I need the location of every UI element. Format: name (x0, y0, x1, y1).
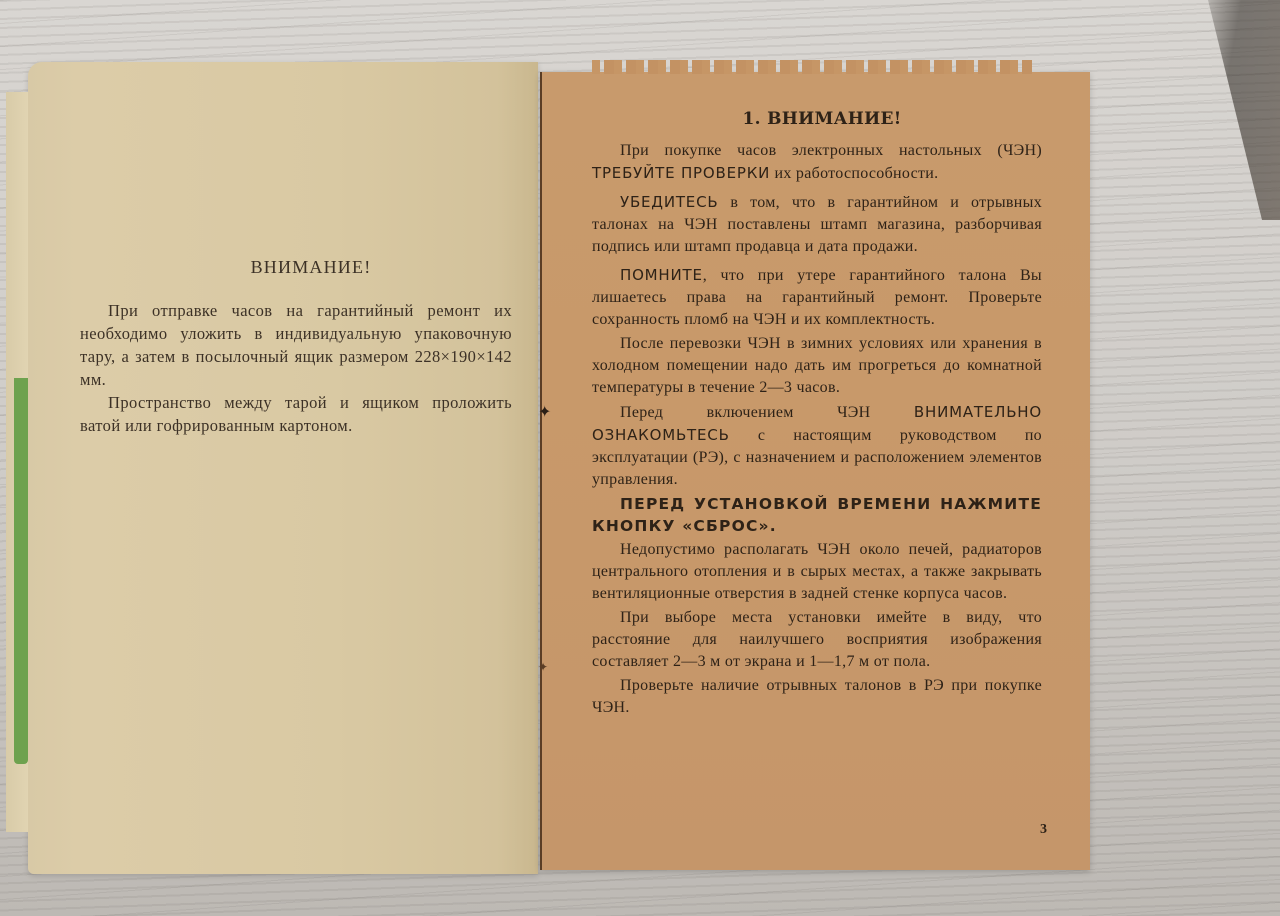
paragraph-reset: ПЕРЕД УСТАНОВКОЙ ВРЕМЕНИ НАЖМИТЕ КНОПКУ … (592, 493, 1042, 537)
paragraph-purchase-check: При покупке часов электронных настольных… (592, 140, 1042, 185)
left-page (28, 62, 538, 874)
emphasis: УБЕДИТЕСЬ (620, 193, 718, 211)
binding-staple-icon: ✦ (538, 402, 551, 422)
page-number: 3 (1040, 822, 1047, 838)
green-cover-strip (14, 378, 28, 764)
left-paragraph: Пространство между тарой и ящиком пролож… (80, 391, 512, 437)
text: Перед включением ЧЭН (620, 404, 914, 421)
left-paragraph: При отправке часов на гарантийный ремонт… (80, 299, 512, 391)
paragraph-stamps: УБЕДИТЕСЬ в том, что в гарантийном и отр… (592, 191, 1042, 258)
left-page-title: ВНИМАНИЕ! (80, 256, 512, 279)
paragraph-distance: При выборе места установки имейте в виду… (592, 607, 1042, 673)
paragraph-warranty: ПОМНИТЕ, что при утере гарантийного тало… (592, 264, 1042, 331)
open-booklet: ✦ ✦ ВНИМАНИЕ! При отправке часов на гара… (0, 0, 1280, 916)
paragraph-placement: Недопустимо располагать ЧЭН около печей,… (592, 539, 1042, 605)
paragraph-read-manual: Перед включением ЧЭН ВНИМАТЕЛЬНО ОЗНАКОМ… (592, 401, 1042, 491)
text: их работоспособности. (770, 165, 938, 182)
paragraph-coupons: Проверьте наличие отрывных талонов в РЭ … (592, 675, 1042, 719)
emphasis: ТРЕБУЙТЕ ПРОВЕРКИ (592, 164, 770, 182)
paragraph-winter: После перевозки ЧЭН в зимних условиях ил… (592, 333, 1042, 399)
torn-edge (592, 60, 1032, 74)
left-page-text: ВНИМАНИЕ! При отправке часов на гарантий… (80, 256, 512, 437)
right-page-text: 1. ВНИМАНИЕ! При покупке часов электронн… (592, 108, 1042, 721)
binding-staple-icon: ✦ (538, 660, 548, 675)
emphasis: ПОМНИТЕ (620, 266, 703, 284)
text: При покупке часов электронных настольных… (620, 142, 1042, 159)
right-page-title: 1. ВНИМАНИЕ! (592, 108, 1042, 130)
